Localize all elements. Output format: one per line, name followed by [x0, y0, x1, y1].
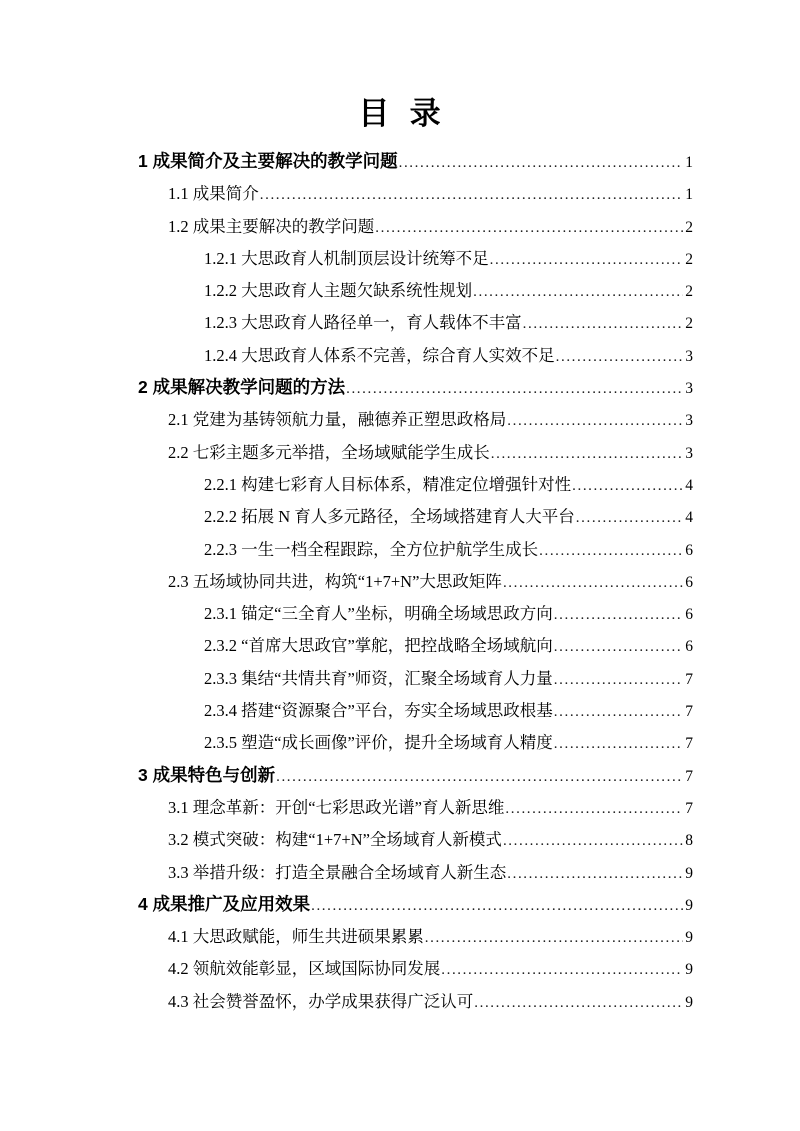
dot-leader	[507, 865, 683, 883]
dot-leader	[425, 929, 683, 947]
toc-entry-label: 2.2 七彩主题多元举措，全场域赋能学生成长	[168, 439, 490, 463]
toc-entry-label: 2 成果解决教学问题的方法	[138, 374, 345, 399]
toc-entry-label: 2.2.2 拓展 N 育人多元路径，全场域搭建育人大平台	[204, 503, 575, 527]
dot-leader	[556, 348, 683, 366]
toc-entry-label: 4 成果推广及应用效果	[138, 891, 310, 916]
toc-entry-label: 2.1 党建为基铸领航力量，融德养正塑思政格局	[168, 406, 506, 430]
dot-leader	[503, 832, 683, 850]
dot-leader	[276, 768, 683, 786]
dot-leader	[441, 961, 683, 979]
dot-leader	[554, 638, 683, 656]
toc-entry[interactable]: 2.3.1 锚定“三全育人”坐标，明确全场域思政方向 6	[138, 600, 693, 632]
dot-leader	[576, 509, 683, 527]
toc-entry[interactable]: 2.2.1 构建七彩育人目标体系，精准定位增强针对性 4	[138, 471, 693, 503]
toc-entry-page: 3	[684, 348, 693, 366]
dot-leader	[346, 380, 683, 398]
toc-entry-label: 2.3.2 “首席大思政官”掌舵，把控战略全场域航向	[204, 632, 553, 656]
toc-entry-label: 3.2 模式突破：构建“1+7+N”全场域育人新模式	[168, 826, 502, 850]
toc-entry-page: 7	[684, 768, 693, 786]
toc-entry[interactable]: 2.2 七彩主题多元举措，全场域赋能学生成长 3	[138, 439, 693, 471]
toc-entry-page: 9	[684, 897, 693, 915]
toc-entry-label: 3.3 举措升级：打造全景融合全场域育人新生态	[168, 859, 506, 883]
toc-entry[interactable]: 4 成果推广及应用效果 9	[138, 891, 693, 923]
toc-entry[interactable]: 1.2.4 大思政育人体系不完善，综合育人实效不足 3	[138, 342, 693, 374]
toc-entry-label: 2.3 五场域协同共进，构筑“1+7+N”大思政矩阵	[168, 568, 502, 592]
dot-leader	[473, 283, 683, 301]
dot-leader	[399, 154, 683, 172]
dot-leader	[554, 671, 683, 689]
dot-leader	[523, 315, 683, 333]
toc-entry[interactable]: 3.3 举措升级：打造全景融合全场域育人新生态 9	[138, 859, 693, 891]
toc-entry[interactable]: 2.3.5 塑造“成长画像”评价，提升全场域育人精度 7	[138, 729, 693, 761]
toc-entry[interactable]: 1.2.3 大思政育人路径单一，育人载体不丰富 2	[138, 309, 693, 341]
toc-entry[interactable]: 4.1 大思政赋能，师生共进硕果累累 9	[138, 923, 693, 955]
dot-leader	[474, 994, 683, 1012]
toc-entry-page: 6	[684, 606, 693, 624]
toc-entry-page: 2	[684, 251, 693, 269]
toc-entry-page: 7	[684, 671, 693, 689]
toc-entry[interactable]: 4.2 领航效能彰显，区域国际协同发展 9	[138, 955, 693, 987]
dot-leader	[572, 477, 683, 495]
toc-entry-label: 1.2 成果主要解决的教学问题	[168, 213, 374, 237]
dot-leader	[507, 412, 683, 430]
toc-entry[interactable]: 4.3 社会赞誉盈怀，办学成果获得广泛认可 9	[138, 988, 693, 1020]
dot-leader	[491, 445, 683, 463]
toc-entry-page: 9	[684, 994, 693, 1012]
toc-entry-label: 1.2.4 大思政育人体系不完善，综合育人实效不足	[204, 342, 555, 366]
dot-leader	[539, 542, 683, 560]
toc-entry-page: 9	[684, 929, 693, 947]
toc-entry-label: 4.3 社会赞誉盈怀，办学成果获得广泛认可	[168, 988, 473, 1012]
toc-entry-page: 6	[684, 638, 693, 656]
toc-entry[interactable]: 3 成果特色与创新 7	[138, 762, 693, 794]
toc-entry-page: 8	[684, 832, 693, 850]
toc-entry-page: 6	[684, 542, 693, 560]
document-page: 目 录 1 成果简介及主要解决的教学问题 1 1.1 成果简介 1 1.2 成果…	[0, 0, 800, 1131]
dot-leader	[503, 574, 683, 592]
dot-leader	[554, 735, 683, 753]
toc-entry-label: 4.2 领航效能彰显，区域国际协同发展	[168, 955, 440, 979]
toc-entry-label: 1.2.2 大思政育人主题欠缺系统性规划	[204, 277, 472, 301]
toc-entry-label: 1.2.1 大思政育人机制顶层设计统筹不足	[204, 245, 489, 269]
toc-entry-page: 2	[684, 283, 693, 301]
toc-entry-label: 2.2.3 一生一档全程跟踪，全方位护航学生成长	[204, 536, 538, 560]
toc-entry[interactable]: 1.2.2 大思政育人主题欠缺系统性规划 2	[138, 277, 693, 309]
toc-entry[interactable]: 2.2.2 拓展 N 育人多元路径，全场域搭建育人大平台 4	[138, 503, 693, 535]
toc-entry[interactable]: 3.1 理念革新：开创“七彩思政光谱”育人新思维 7	[138, 794, 693, 826]
toc-entry[interactable]: 2.3 五场域协同共进，构筑“1+7+N”大思政矩阵 6	[138, 568, 693, 600]
toc-entry-page: 4	[684, 477, 693, 495]
toc-entry-page: 1	[684, 154, 693, 172]
toc-entry-page: 3	[684, 380, 693, 398]
toc-entry[interactable]: 1.2.1 大思政育人机制顶层设计统筹不足 2	[138, 245, 693, 277]
dot-leader	[505, 800, 683, 818]
toc-entry[interactable]: 1 成果简介及主要解决的教学问题 1	[138, 148, 693, 180]
toc-entry-label: 3.1 理念革新：开创“七彩思政光谱”育人新思维	[168, 794, 504, 818]
toc-entry[interactable]: 2 成果解决教学问题的方法 3	[138, 374, 693, 406]
dot-leader	[554, 703, 683, 721]
page-title: 目 录	[0, 94, 800, 134]
toc-entry-page: 2	[684, 219, 693, 237]
toc-list: 1 成果简介及主要解决的教学问题 1 1.1 成果简介 1 1.2 成果主要解决…	[138, 148, 693, 1020]
toc-entry[interactable]: 3.2 模式突破：构建“1+7+N”全场域育人新模式 8	[138, 826, 693, 858]
toc-entry-label: 2.3.1 锚定“三全育人”坐标，明确全场域思政方向	[204, 600, 553, 624]
toc-entry[interactable]: 1.2 成果主要解决的教学问题 2	[138, 213, 693, 245]
toc-entry[interactable]: 2.3.4 搭建“资源聚合”平台，夯实全场域思政根基 7	[138, 697, 693, 729]
toc-entry-label: 1.1 成果简介	[168, 180, 259, 204]
toc-entry[interactable]: 2.1 党建为基铸领航力量，融德养正塑思政格局 3	[138, 406, 693, 438]
toc-entry-label: 2.2.1 构建七彩育人目标体系，精准定位增强针对性	[204, 471, 571, 495]
dot-leader	[311, 897, 683, 915]
dot-leader	[554, 606, 683, 624]
toc-entry-page: 2	[684, 315, 693, 333]
toc-entry[interactable]: 1.1 成果简介 1	[138, 180, 693, 212]
toc-entry-page: 4	[684, 509, 693, 527]
dot-leader	[490, 251, 683, 269]
toc-entry-page: 7	[684, 735, 693, 753]
toc-entry-page: 1	[684, 186, 693, 204]
dot-leader	[375, 219, 683, 237]
toc-entry-label: 2.3.4 搭建“资源聚合”平台，夯实全场域思政根基	[204, 697, 553, 721]
toc-entry-label: 2.3.5 塑造“成长画像”评价，提升全场域育人精度	[204, 729, 553, 753]
toc-entry[interactable]: 2.3.2 “首席大思政官”掌舵，把控战略全场域航向 6	[138, 632, 693, 664]
toc-entry-label: 2.3.3 集结“共情共育”师资，汇聚全场域育人力量	[204, 665, 553, 689]
toc-entry-label: 4.1 大思政赋能，师生共进硕果累累	[168, 923, 424, 947]
toc-entry-page: 7	[684, 800, 693, 818]
toc-entry-page: 3	[684, 445, 693, 463]
toc-entry-page: 7	[684, 703, 693, 721]
toc-entry-page: 3	[684, 412, 693, 430]
toc-entry-label: 3 成果特色与创新	[138, 762, 275, 787]
toc-entry[interactable]: 2.3.3 集结“共情共育”师资，汇聚全场域育人力量 7	[138, 665, 693, 697]
toc-entry-page: 6	[684, 574, 693, 592]
toc-entry[interactable]: 2.2.3 一生一档全程跟踪，全方位护航学生成长 6	[138, 536, 693, 568]
dot-leader	[260, 186, 683, 204]
toc-entry-page: 9	[684, 865, 693, 883]
toc-entry-page: 9	[684, 961, 693, 979]
toc-entry-label: 1.2.3 大思政育人路径单一，育人载体不丰富	[204, 309, 522, 333]
toc-entry-label: 1 成果简介及主要解决的教学问题	[138, 148, 398, 173]
